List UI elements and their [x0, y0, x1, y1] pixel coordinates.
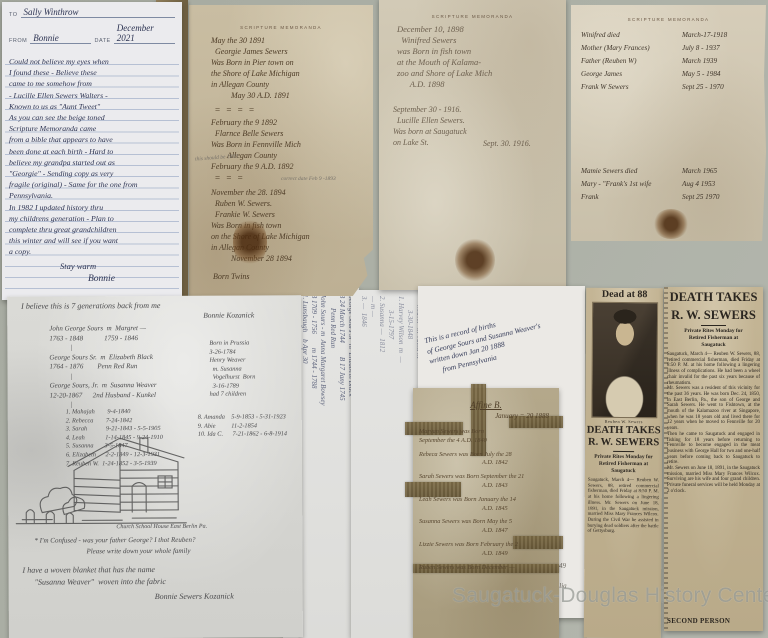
death-row: Mother (Mary Frances)July 8 - 1937	[571, 42, 766, 55]
clipping1-headline-line1: DEATH TAKES	[585, 425, 662, 438]
birth-entry: Rebeca Sewers was Born July the 28 A.D. …	[419, 451, 555, 469]
person: Mary - "Frank's 1st wife	[581, 178, 682, 191]
clipping2-next-headline: SECOND PERSON	[667, 617, 730, 625]
write-family-note: Please write down your whole family	[86, 547, 190, 556]
clipping2-subhead: Private Rites Monday for Retired Fisherm…	[666, 328, 761, 349]
death-row: Mary - "Frank's 1st wifeAug 4 1953	[571, 178, 766, 191]
birth-entry: Lizzie Sewers was Born February the 2 A.…	[419, 541, 555, 559]
births-doc-heading: Affine B.	[413, 400, 559, 410]
date: May 5 - 1984	[682, 68, 756, 81]
portrait-photo	[591, 302, 658, 418]
birth-entry: Maryan Sewers was Born September the 4 A…	[419, 428, 555, 446]
pen-separator: = = =	[215, 173, 245, 183]
memoranda2-header: SCRIPTURE MEMORANDA	[379, 14, 566, 19]
memoranda2-entry-lucille-date: Sept. 30. 1916.	[483, 138, 531, 149]
letter-closing: Stay warm	[60, 261, 96, 271]
scripture-memoranda-3: SCRIPTURE MEMORANDA Winifred diedMarch-1…	[571, 5, 766, 241]
memoranda1-born-twins: Born Twins	[213, 271, 250, 282]
stain	[455, 238, 495, 282]
death-row: Frank W SewersSept 25 - 1970	[571, 81, 766, 94]
clipping2-headline-line1: DEATH TAKES	[664, 287, 763, 305]
date: March-17-1918	[682, 29, 756, 42]
clipping1-subhead: Private Rites Monday for Retired Fisherm…	[587, 454, 660, 476]
clipping1-body: Saugatuck, March 4— Reuben W. Sewers, 88…	[584, 477, 661, 537]
date-label: DATE	[94, 38, 110, 44]
memoranda1-header: SCRIPTURE MEMORANDA	[189, 25, 373, 30]
stain	[653, 209, 689, 239]
death-dates-list-2: Mamie Sewers diedMarch 1965 Mary - "Fran…	[571, 165, 766, 204]
date: March 1939	[682, 55, 756, 68]
genealogy-signature: Bonnie Sewers Kozanick	[155, 592, 234, 601]
person: Winifred died	[581, 29, 682, 42]
house-drawing	[12, 424, 193, 525]
letter-note: TO Sally Winthrow FROM Bonnie DATE Decem…	[2, 2, 182, 300]
history-center-watermark: Saugatuck-Douglas History Center	[452, 584, 768, 608]
date: Sept 25 - 1970	[682, 81, 756, 94]
birth-entry: Sarah Sewers was Born September the 21 A…	[419, 473, 555, 491]
person: Frank W Sewers	[581, 81, 682, 94]
clipping2-body: Saugatuck, March 4— Reuben W. Sewers, 88…	[664, 351, 763, 496]
birth-entry: Susanna Sewers was Born May the 5 A.D. 1…	[419, 518, 555, 536]
pen-separator: = = = =	[215, 105, 256, 115]
stain	[233, 217, 267, 267]
date: Sept 25 1970	[682, 191, 756, 204]
date: Aug 4 1953	[682, 178, 756, 191]
person: Mamie Sewers died	[581, 165, 682, 178]
confused-note: * I'm Confused - was your father George?…	[34, 536, 195, 545]
letter-body: Could not believe my eyes when I found t…	[9, 56, 177, 258]
genealogy-author: Bonnie Kozanick	[203, 310, 254, 319]
death-row: George JamesMay 5 - 1984	[571, 68, 766, 81]
death-dates-list: Winifred diedMarch-17-1918 Mother (Mary …	[571, 29, 766, 94]
blanket-note: I have a woven blanket that has the name…	[23, 564, 166, 589]
clipping1-kicker: Dead at 88	[586, 288, 663, 301]
weaver-family-note: Born in Prussia 3-26-1784 Henry Weaver m…	[209, 339, 255, 399]
to-value: Sally Winthrow	[21, 7, 175, 18]
births-doc-date: January = 20 1888	[495, 412, 549, 420]
person: Mother (Mary Frances)	[581, 42, 682, 55]
scripture-memoranda-2: SCRIPTURE MEMORANDA December 10, 1898 Wi…	[379, 0, 566, 290]
scripture-memoranda-1: SCRIPTURE MEMORANDA May the 30 1891 Geor…	[189, 5, 373, 296]
date: July 8 - 1937	[682, 42, 756, 55]
date: March 1965	[682, 165, 756, 178]
pencil-correction-2: correct date Feb 9 -1893	[281, 176, 336, 182]
death-row: Winifred diedMarch-17-1918	[571, 29, 766, 42]
births-provenance-note: This is a record of births of George Sou…	[424, 297, 605, 378]
memoranda2-entry-lucille: September 30 - 1916. Lucille Ellen Sewer…	[393, 104, 467, 148]
genealogy-sheet: I believe this is 7 generations back fro…	[7, 295, 303, 638]
clipping2-headline-line2: R. W. SEWERS	[664, 305, 763, 323]
person: George James	[581, 68, 682, 81]
from-value: Bonnie	[30, 33, 91, 44]
death-row: Mamie Sewers diedMarch 1965	[571, 165, 766, 178]
births-entries: Maryan Sewers was Born September the 4 A…	[419, 428, 555, 577]
person: Father (Reuben W)	[581, 55, 682, 68]
memoranda3-header: SCRIPTURE MEMORANDA	[571, 17, 766, 22]
genealogy-title: I believe this is 7 generations back fro…	[21, 301, 160, 311]
torn-edge	[664, 287, 668, 631]
letter-from-date-row: FROM Bonnie DATE December 2021	[9, 23, 175, 44]
children-list-continued: 8. Amanda 5-9-1853 - 5-31-1923 9. Abie 1…	[198, 413, 287, 439]
headline-rule	[701, 325, 727, 326]
obituary-clipping-text: DEATH TAKES R. W. SEWERS Private Rites M…	[664, 287, 763, 631]
headline-rule	[614, 451, 634, 452]
letter-signature: Bonnie	[88, 274, 115, 284]
memoranda1-entry-flarnce: February the 9 1892 Flarnce Belle Sewers…	[211, 117, 301, 172]
letter-to-row: TO Sally Winthrow	[9, 7, 175, 18]
person: Frank	[581, 191, 682, 204]
memoranda2-entry-winifred: December 10, 1898 Winifred Sewers was Bo…	[397, 24, 492, 90]
from-label: FROM	[9, 38, 27, 44]
birth-entry: Leah Sewers was Born January the 14 A.D.…	[419, 496, 555, 514]
family-tree: John George Sours m Margret — 1763 - 184…	[49, 324, 156, 410]
birth-entry: Ruben Sewers was Born December —	[419, 564, 555, 573]
death-row: Father (Reuben W)March 1939	[571, 55, 766, 68]
house-caption: Church School House East Berlin Pa.	[116, 524, 207, 530]
to-label: TO	[9, 12, 18, 18]
date-value: December 2021	[114, 23, 175, 44]
clipping1-headline-line2: R. W. SEWERS	[585, 437, 662, 450]
memoranda1-entry-georgie: May the 30 1891 Georgie James Sewers Was…	[211, 35, 300, 101]
death-row: FrankSept 25 1970	[571, 191, 766, 204]
